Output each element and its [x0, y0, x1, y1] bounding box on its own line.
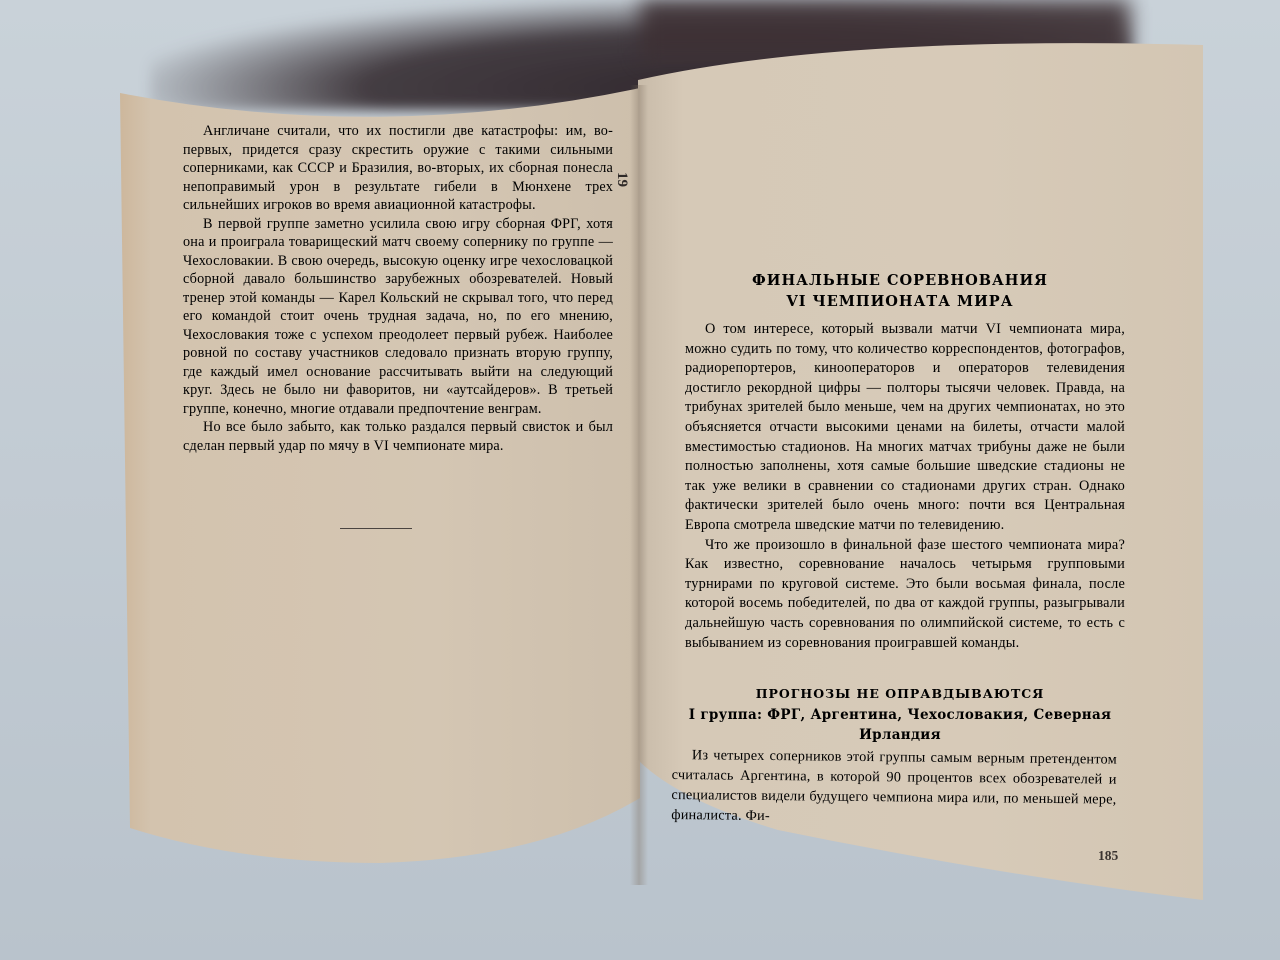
paragraph: Англичане считали, что их постигли две к…: [183, 122, 613, 215]
section-text: Из четырех соперников этой группы самым …: [671, 745, 1117, 830]
subsection-title: I группа: ФРГ, Аргентина, Чехословакия, …: [680, 705, 1120, 745]
chapter-title: ФИНАЛЬНЫЕ СОРЕВНОВАНИЯ VI ЧЕМПИОНАТА МИР…: [680, 270, 1120, 312]
chapter-title-line-1: ФИНАЛЬНЫЕ СОРЕВНОВАНИЯ: [680, 270, 1120, 291]
book-gutter: [630, 85, 648, 885]
page-number: 185: [1098, 848, 1118, 864]
left-page-text: Англичане считали, что их постигли две к…: [183, 122, 613, 455]
right-page-text: О том интересе, который вызвали матчи VI…: [685, 320, 1125, 653]
paragraph: В первой группе заметно усилила свою игр…: [183, 215, 613, 419]
paragraph: Из четырех соперников этой группы самым …: [671, 745, 1117, 830]
section-title: ПРОГНОЗЫ НЕ ОПРАВДЫВАЮТСЯ: [680, 686, 1120, 701]
margin-mark: 19: [613, 172, 630, 187]
chapter-title-line-2: VI ЧЕМПИОНАТА МИРА: [680, 291, 1120, 312]
paragraph: О том интересе, который вызвали матчи VI…: [685, 320, 1125, 536]
section-end-rule: [340, 528, 412, 529]
paragraph: Что же произошло в финальной фазе шестог…: [685, 536, 1125, 654]
paragraph: Но все было забыто, как только раздался …: [183, 418, 613, 455]
